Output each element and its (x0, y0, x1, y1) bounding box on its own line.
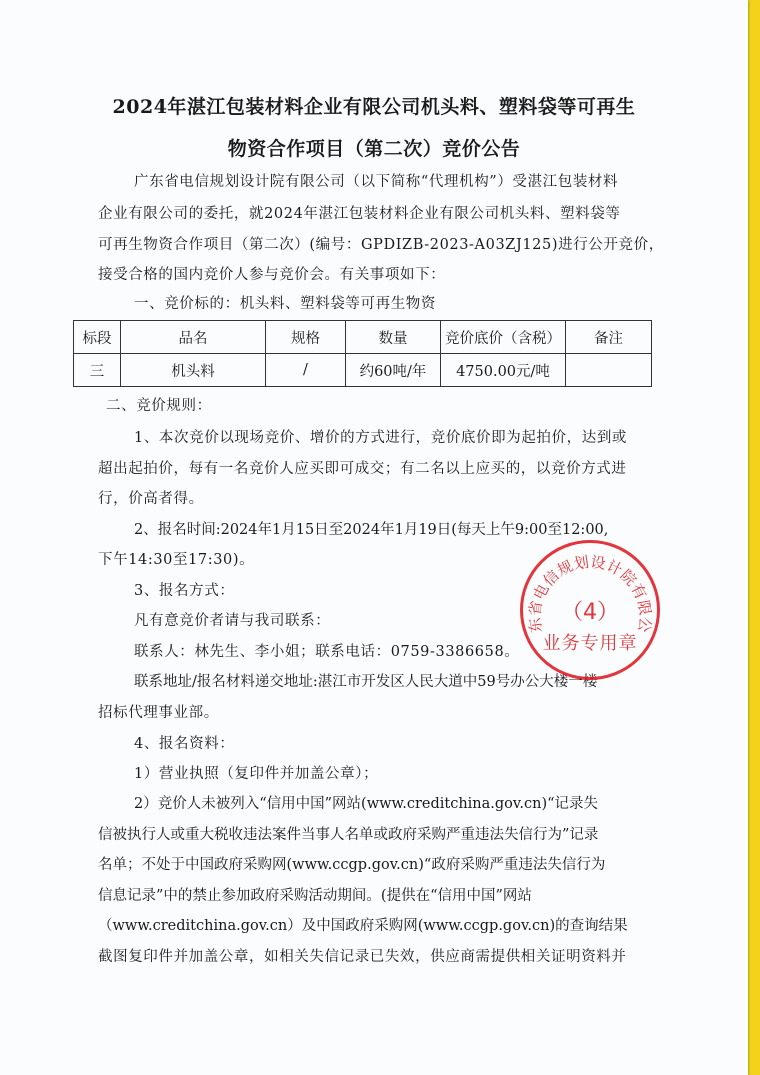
rule-4-item-1: 1）营业执照（复印件并加盖公章）； (134, 762, 378, 783)
table-header-cell: 备注 (566, 321, 652, 354)
table-cell-quantity: 约60吨/年 (346, 354, 441, 387)
rule-4-item-2-line-6: 截图复印件并加盖公章，如相关失信记录已失效，供应商需提供相关证明资料并 (98, 945, 627, 966)
table-cell-remarks (566, 354, 652, 387)
official-seal-stamp: 广东省电信规划设计院有限公司 （4） 业务专用章 (520, 540, 660, 680)
intro-line-1: 广东省电信规划设计院有限公司（以下简称“代理机构”）受湛江包装材料 (134, 170, 618, 191)
table-header-cell: 竞价底价（含税） (441, 321, 566, 354)
section-1-heading: 一、竞价标的：机头料、塑料袋等可再生物资 (134, 292, 436, 313)
rule-4-item-2-line-1: 2）竞价人未被列入“信用中国”网站(www.creditchina.gov.cn… (134, 792, 598, 813)
table-cell-reserve-price: 4750.00元/吨 (441, 354, 566, 387)
rule-4-item-2-line-4: 信息记录”中的禁止参加政府采购活动期间。(提供在“信用中国”网站 (98, 884, 532, 905)
rule-3-contact-intro: 凡有意竞价者请与我司联系： (134, 609, 330, 630)
intro-line-2: 企业有限公司的委托，就2024年湛江包装材料企业有限公司机头料、塑料袋等 (98, 202, 621, 223)
rule-1-line-2: 超出起拍价，每有一名竞价人应买即可成交；有二名以上应买的，以竞价方式进 (98, 457, 627, 478)
intro-line-3: 可再生物资合作项目（第二次）(编号：GPDIZB-2023-A03ZJ125)进… (98, 233, 664, 254)
table-header-cell: 数量 (346, 321, 441, 354)
table-cell-spec: / (266, 354, 346, 387)
rule-2-line-2: 下午14:30至17:30)。 (98, 548, 254, 569)
rule-2-line-1: 2、报名时间:2024年1月15日至2024年1月19日(每天上午9:00至12… (134, 518, 608, 539)
rule-4-item-2-line-2: 信被执行人或重大税收违法案件当事人名单或政府采购严重违法失信行为”记录 (98, 823, 598, 844)
rule-4-item-2-line-3: 名单；不处于中国政府采购网(www.ccgp.gov.cn)“政府采购严重违法失… (98, 853, 605, 874)
rule-4-item-2-line-5: （www.creditchina.gov.cn）及中国政府采购网(www.ccg… (98, 914, 628, 935)
table-row: 三 机头料 / 约60吨/年 4750.00元/吨 (74, 354, 652, 387)
table-header-cell: 标段 (74, 321, 121, 354)
seal-bottom-text: 业务专用章 (523, 629, 657, 655)
intro-line-4: 接受合格的国内竞价人参与竞价会。有关事项如下： (98, 263, 445, 284)
rule-4-heading: 4、报名资料： (134, 732, 234, 753)
table-header-cell: 品名 (121, 321, 266, 354)
rule-3-heading: 3、报名方式： (134, 579, 234, 600)
document-title-line-2: 物资合作项目（第二次）竞价公告 (0, 134, 748, 161)
rule-1-line-1: 1、本次竞价以现场竞价、增价的方式进行，竞价底价即为起拍价，达到或 (134, 426, 627, 447)
rule-1-line-3: 行，价高者得。 (98, 487, 204, 508)
table-header-cell: 规格 (266, 321, 346, 354)
table-cell-item-name: 机头料 (121, 354, 266, 387)
rule-3-contact: 联系人：林先生、李小姐；联系电话：0759-3386658。 (134, 640, 519, 661)
seal-number: （4） (523, 595, 657, 626)
document-title-line-1: 2024年湛江包装材料企业有限公司机头料、塑料袋等可再生 (0, 92, 748, 119)
bid-items-table: 标段 品名 规格 数量 竞价底价（含税） 备注 三 机头料 / 约60吨/年 4… (73, 320, 652, 387)
section-2-heading: 二、竞价规则： (106, 394, 212, 415)
document-page: 2024年湛江包装材料企业有限公司机头料、塑料袋等可再生 物资合作项目（第二次）… (0, 0, 748, 1075)
table-cell-lot: 三 (74, 354, 121, 387)
rule-3-address-line-2: 招标代理事业部。 (98, 701, 219, 722)
table-header-row: 标段 品名 规格 数量 竞价底价（含税） 备注 (74, 321, 652, 354)
